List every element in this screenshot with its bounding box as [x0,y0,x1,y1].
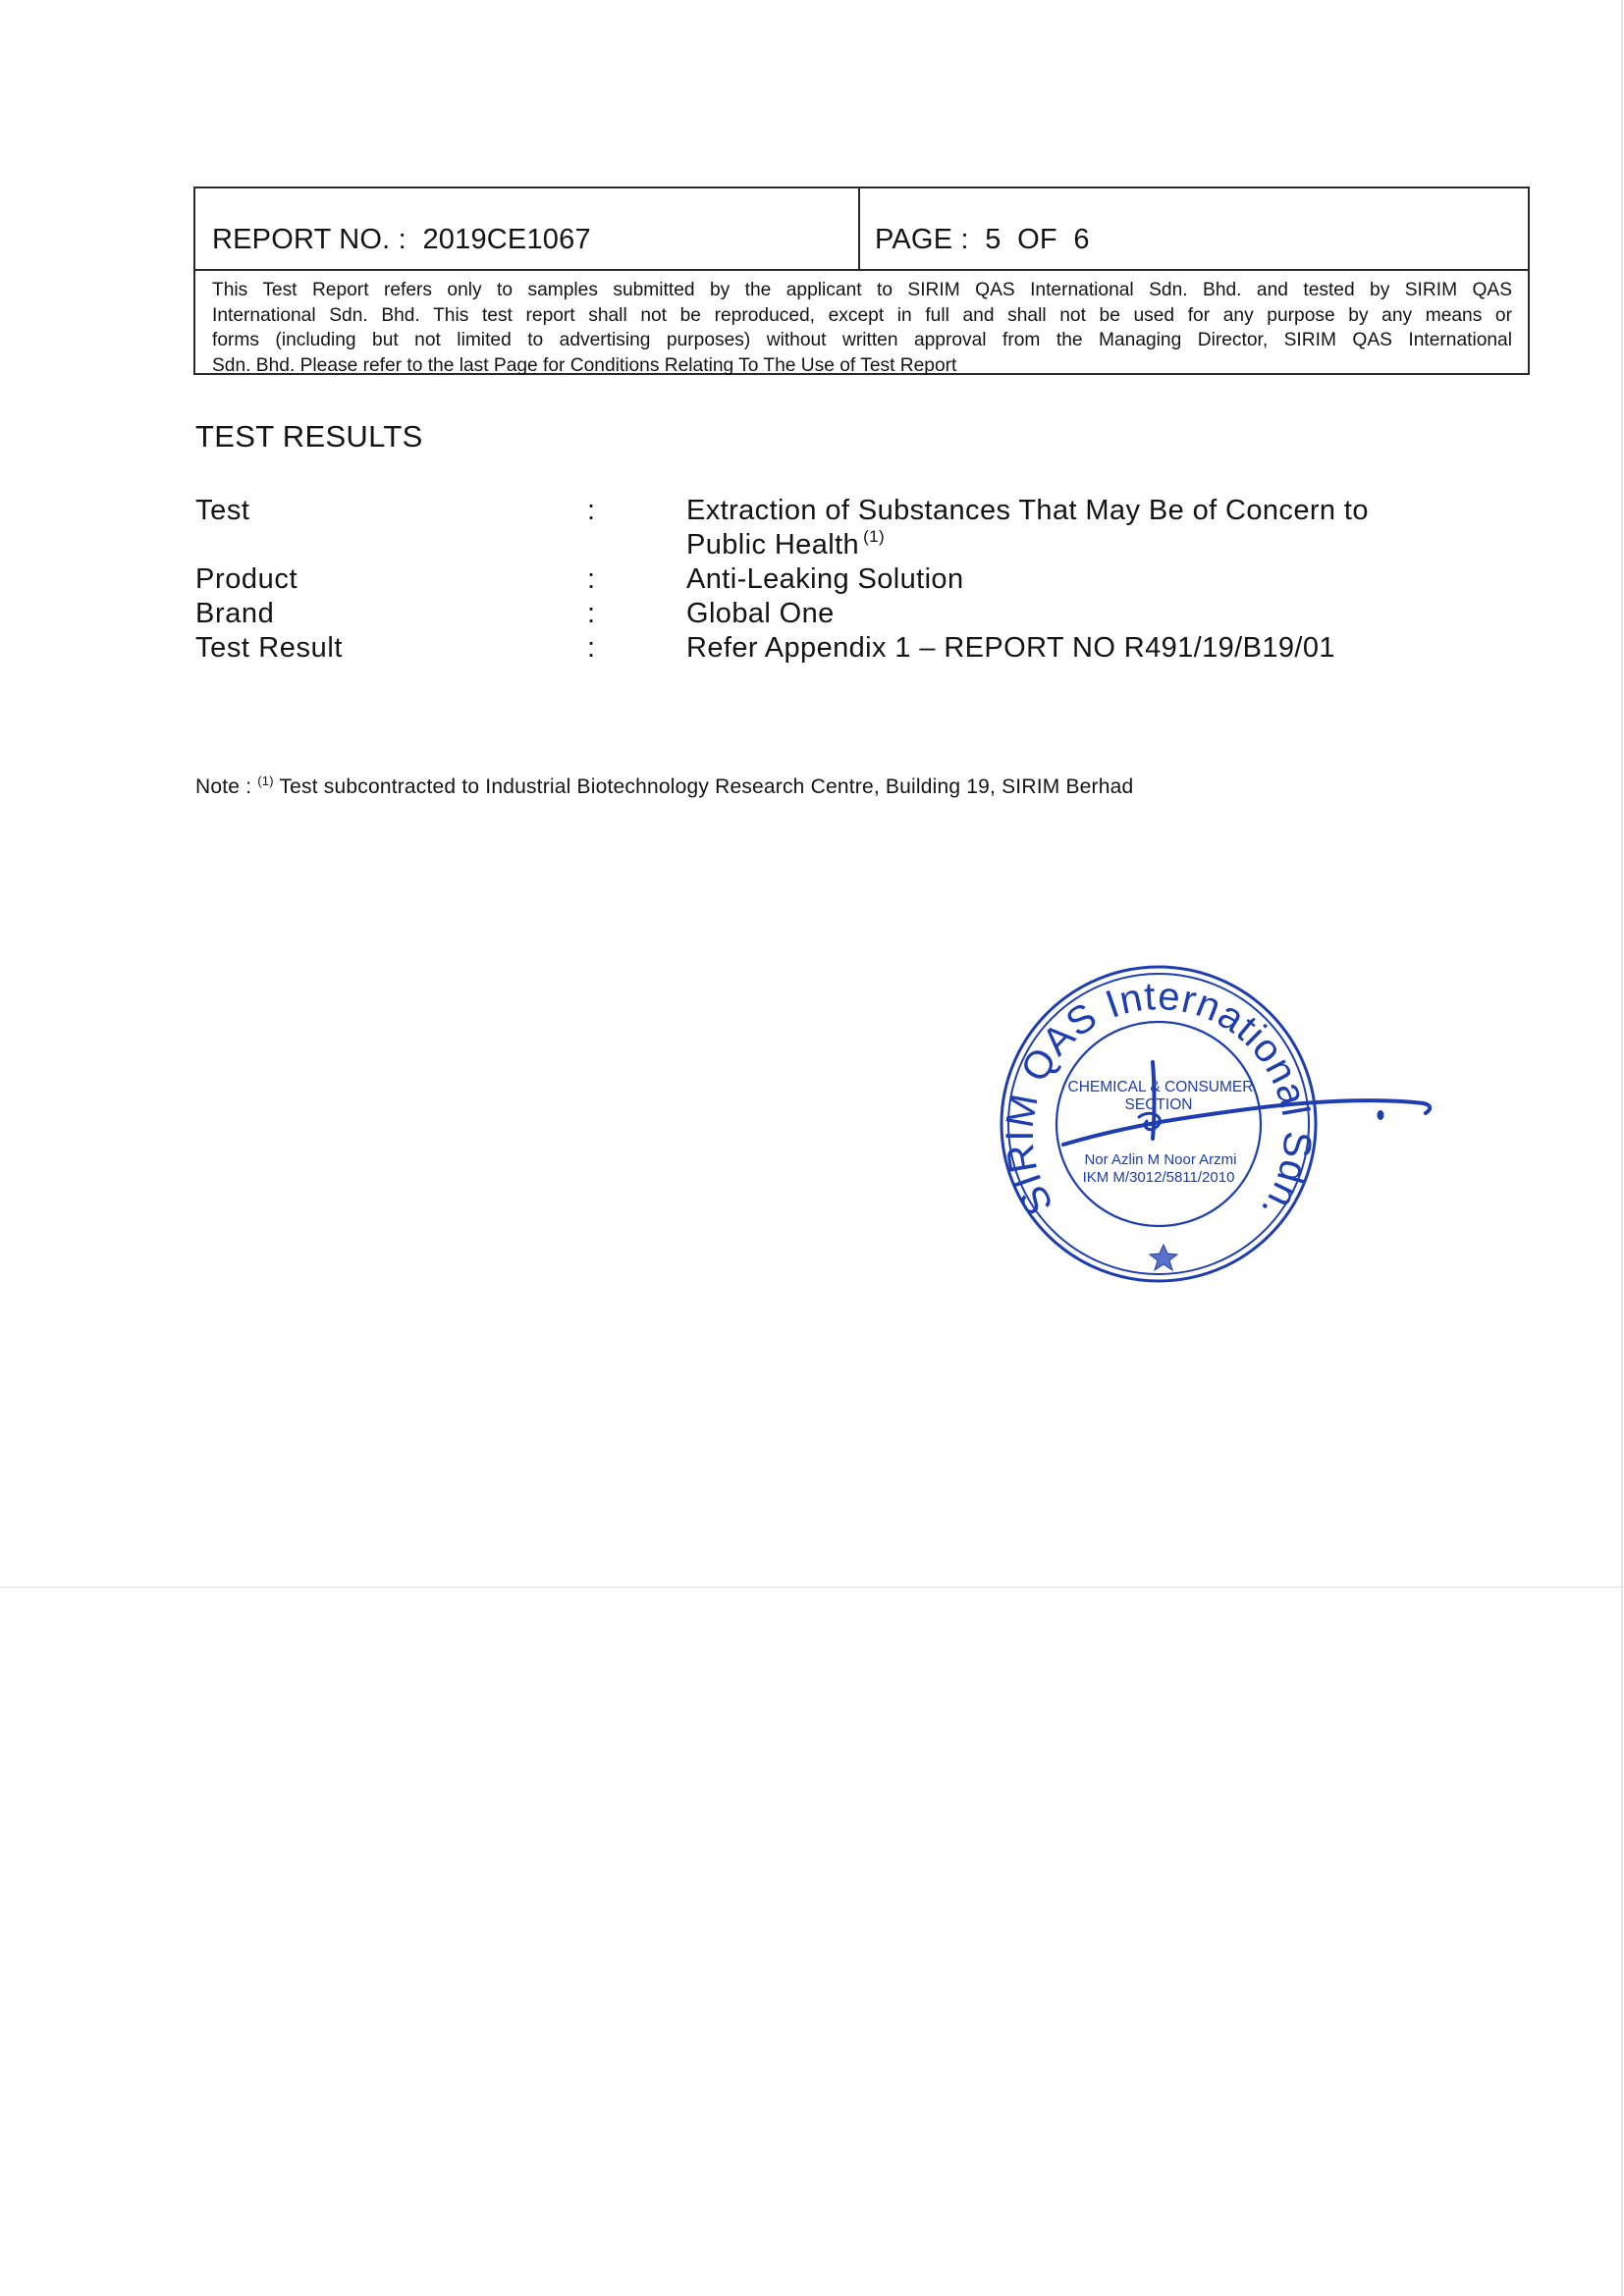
report-header-table: REPORT NO. : 2019CE1067 PAGE : 5 OF 6 Th… [193,187,1530,375]
stamp-seal-icon: SIRIM QAS International Sdn. Bhd. CHEMIC… [992,960,1453,1294]
svg-text:Nor Azlin M Noor Arzmi: Nor Azlin M Noor Arzmi [1084,1151,1236,1168]
result-row-test-result: Test Result : Refer Appendix 1 – REPORT … [195,631,1531,666]
svg-text:IKM M/3012/5811/2010: IKM M/3012/5811/2010 [1083,1169,1235,1186]
result-row-product: Product : Anti-Leaking Solution [195,562,1531,597]
result-label: Brand [195,597,274,631]
result-value: Anti-Leaking Solution [686,562,1531,597]
footnote: Note : (1) Test subcontracted to Industr… [195,775,1133,799]
footnote-ref: (1) [257,774,274,788]
report-number-cell: REPORT NO. : 2019CE1067 [195,188,860,269]
result-row-brand: Brand : Global One [195,597,1531,631]
footnote-ref: (1) [863,527,885,546]
result-value: Global One [686,597,1531,631]
result-colon: : [587,597,595,631]
result-value: Extraction of Substances That May Be of … [686,494,1531,562]
result-label: Product [195,562,298,597]
section-title: TEST RESULTS [195,419,423,454]
result-colon: : [587,631,595,666]
svg-text:SECTION: SECTION [1125,1096,1193,1113]
report-number: REPORT NO. : 2019CE1067 [212,224,591,256]
result-row-test: Test : Extraction of Substances That May… [195,494,1531,562]
report-disclaimer: This Test Report refers only to samples … [212,278,1512,378]
svg-text:CHEMICAL & CONSUMER: CHEMICAL & CONSUMER [1068,1079,1254,1095]
page-number: PAGE : 5 OF 6 [875,224,1090,256]
disclaimer-line: International Sdn. Bhd. This test report… [212,303,1512,329]
result-label: Test Result [195,631,343,666]
disclaimer-line: Sdn. Bhd. Please refer to the last Page … [212,353,1512,379]
page-edge [1621,0,1623,2296]
disclaimer-line: forms (including but not limited to adve… [212,328,1512,353]
result-colon: : [587,494,595,528]
page-number-cell: PAGE : 5 OF 6 [860,188,1528,269]
disclaimer-line: This Test Report refers only to samples … [212,278,1512,303]
result-label: Test [195,494,250,528]
report-header-row: REPORT NO. : 2019CE1067 PAGE : 5 OF 6 [195,188,1528,271]
result-value: Refer Appendix 1 – REPORT NO R491/19/B19… [686,631,1531,666]
result-colon: : [587,562,595,597]
company-stamp: SIRIM QAS International Sdn. Bhd. CHEMIC… [992,960,1453,1294]
test-results-list: Test : Extraction of Substances That May… [195,494,1531,666]
page-divider [0,1586,1624,1588]
